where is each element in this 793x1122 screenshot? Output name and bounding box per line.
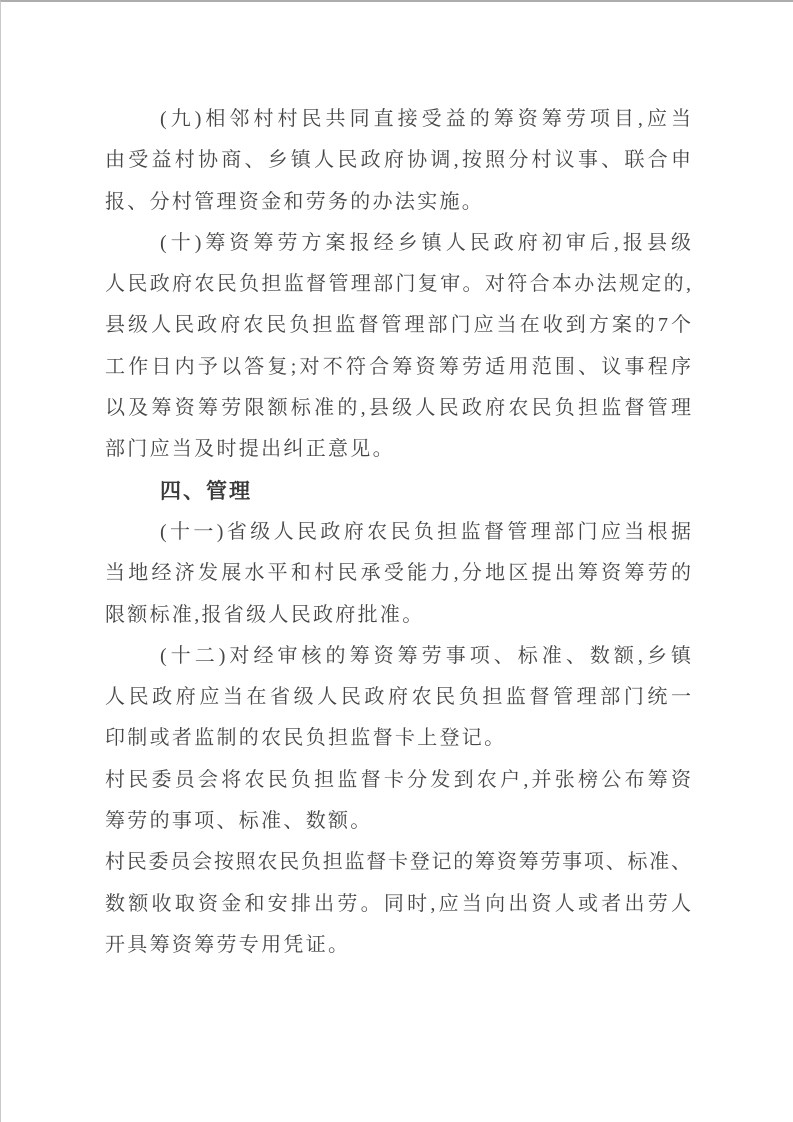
item-11-line-2: 当地经济发展水平和村民承受能力,分地区提出筹资筹劳的 (105, 553, 691, 594)
item-10-line-2: 人民政府农民负担监督管理部门复审。对符合本办法规定的, (105, 264, 691, 305)
section-heading-management: 四、管理 (105, 471, 691, 512)
item-10-line-6: 部门应当及时提出纠正意见。 (105, 429, 691, 470)
fund-collection-line-1: 村民委员会按照农民负担监督卡登记的筹资筹劳事项、标准、 (105, 842, 691, 883)
item-10-line-3: 县级人民政府农民负担监督管理部门应当在收到方案的7个 (105, 305, 691, 346)
fund-collection-line-2: 数额收取资金和安排出劳。同时,应当向出资人或者出劳人 (105, 884, 691, 925)
document-page: (九)相邻村村民共同直接受益的筹资筹劳项目,应当 由受益村协商、乡镇人民政府协调… (0, 0, 793, 1122)
item-9-line-1: (九)相邻村村民共同直接受益的筹资筹劳项目,应当 (105, 99, 691, 140)
item-12-line-3: 印制或者监制的农民负担监督卡上登记。 (105, 718, 691, 759)
item-10-line-5: 以及筹资筹劳限额标准的,县级人民政府农民负担监督管理 (105, 388, 691, 429)
card-distribution-line-1: 村民委员会将农民负担监督卡分发到农户,并张榜公布筹资 (105, 760, 691, 801)
document-body: (九)相邻村村民共同直接受益的筹资筹劳项目,应当 由受益村协商、乡镇人民政府协调… (105, 99, 691, 966)
item-10-line-4: 工作日内予以答复;对不符合筹资筹劳适用范围、议事程序 (105, 347, 691, 388)
item-12-line-1: (十二)对经审核的筹资筹劳事项、标准、数额,乡镇 (105, 636, 691, 677)
item-9-line-2: 由受益村协商、乡镇人民政府协调,按照分村议事、联合申 (105, 140, 691, 181)
item-11-line-1: (十一)省级人民政府农民负担监督管理部门应当根据 (105, 512, 691, 553)
item-9-line-3: 报、分村管理资金和劳务的办法实施。 (105, 182, 691, 223)
card-distribution-line-2: 筹劳的事项、标准、数额。 (105, 801, 691, 842)
item-12-line-2: 人民政府应当在省级人民政府农民负担监督管理部门统一 (105, 677, 691, 718)
item-10-line-1: (十)筹资筹劳方案报经乡镇人民政府初审后,报县级 (105, 223, 691, 264)
item-11-line-3: 限额标准,报省级人民政府批准。 (105, 595, 691, 636)
fund-collection-line-3: 开具筹资筹劳专用凭证。 (105, 925, 691, 966)
